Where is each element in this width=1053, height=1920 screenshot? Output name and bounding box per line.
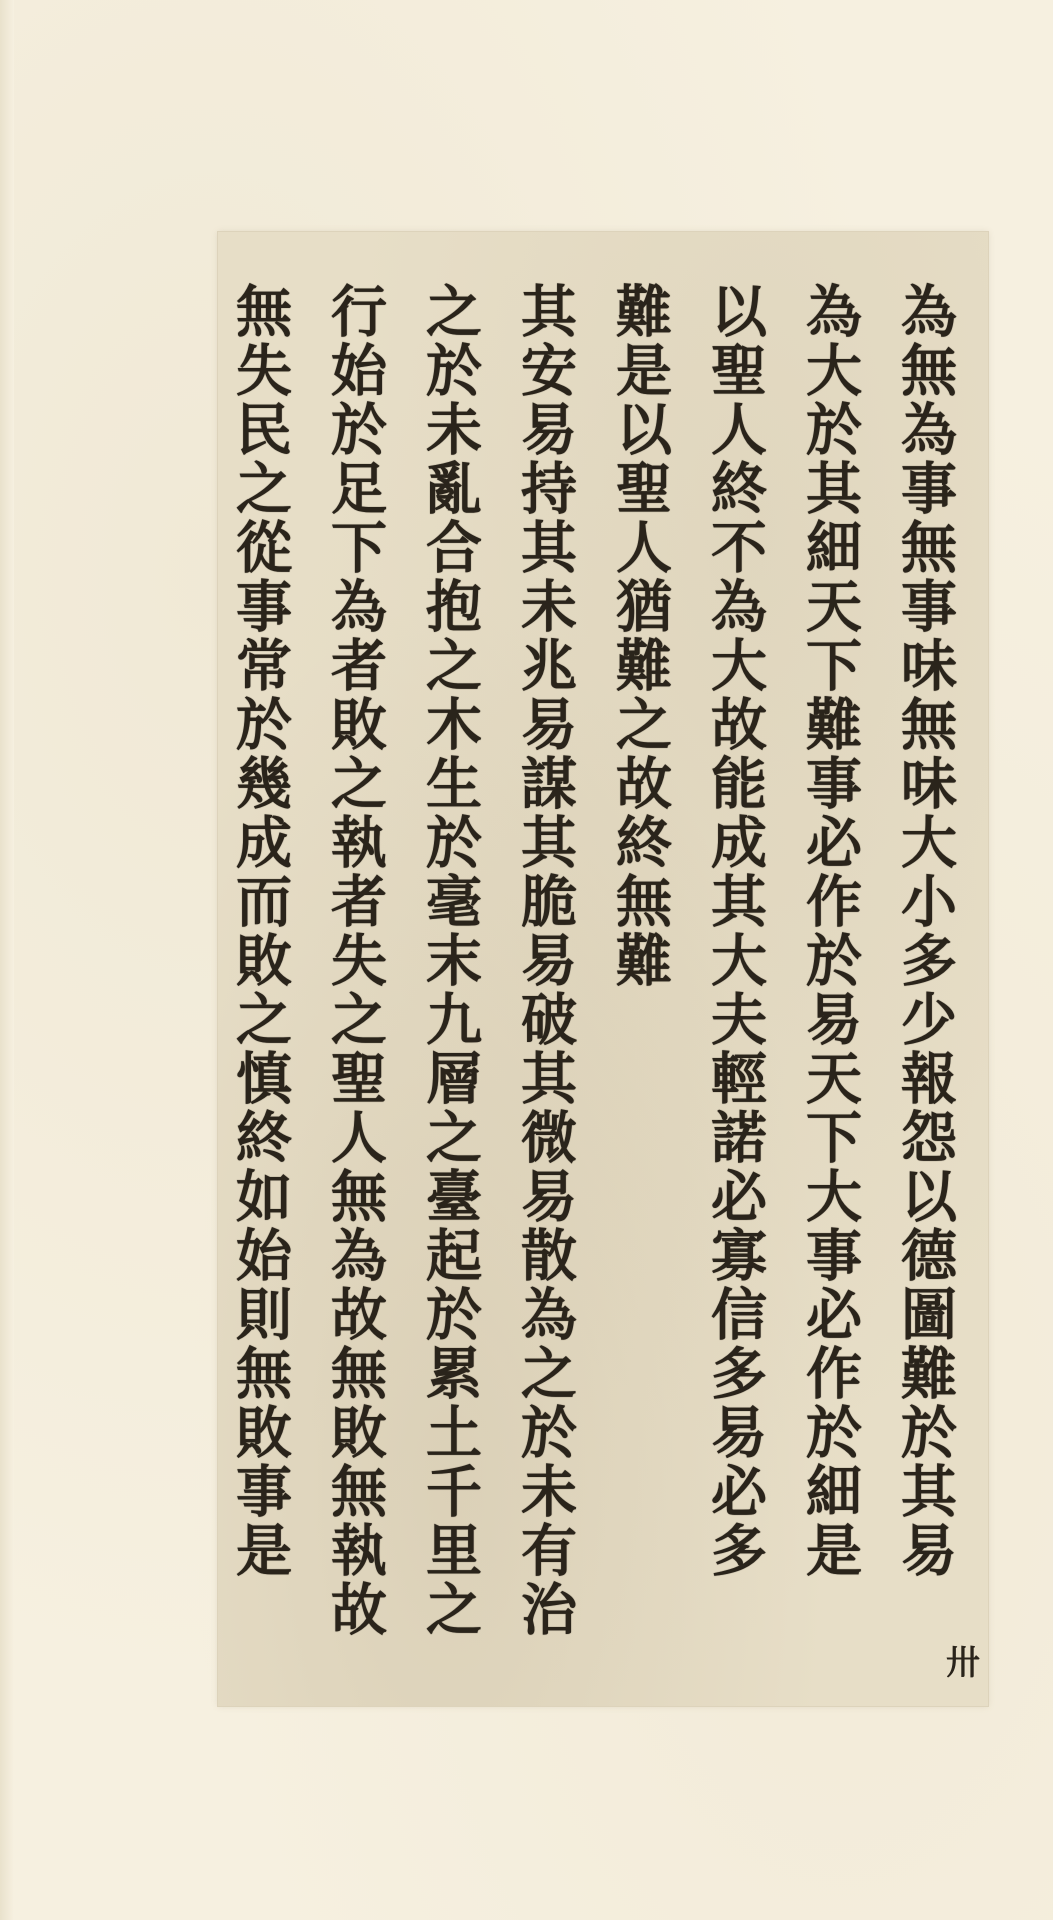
text-column-7: 行始於足下為者敗之執者失之聖人無為故無敗無執故 <box>314 282 396 1639</box>
text-column-6: 之於未亂合抱之木生於毫末九層之臺起於累土千里之 <box>409 282 491 1639</box>
mount-edge <box>0 0 14 1920</box>
text-columns: 為無為事無事味無味大小多少報怨以德圖難於其易 為大於其細天下難事必作於易天下大事… <box>219 282 966 1639</box>
page-mark: 卅 <box>946 1635 980 1684</box>
text-column-3: 以聖人終不為大故能成其大夫輕諾必寡信多易必多 <box>694 282 776 1639</box>
text-column-1: 為無為事無事味無味大小多少報怨以德圖難於其易 <box>884 282 966 1639</box>
text-column-4: 難是以聖人猶難之故終無難 <box>599 282 681 1639</box>
text-column-2: 為大於其細天下難事必作於易天下大事必作於細是 <box>789 282 871 1639</box>
text-column-8: 無失民之從事常於幾成而敗之慎終如始則無敗事是 <box>219 282 301 1639</box>
text-column-5: 其安易持其未兆易謀其脆易破其微易散為之於未有治 <box>504 282 586 1639</box>
calligraphy-panel: 為無為事無事味無味大小多少報怨以德圖難於其易 為大於其細天下難事必作於易天下大事… <box>218 232 988 1706</box>
